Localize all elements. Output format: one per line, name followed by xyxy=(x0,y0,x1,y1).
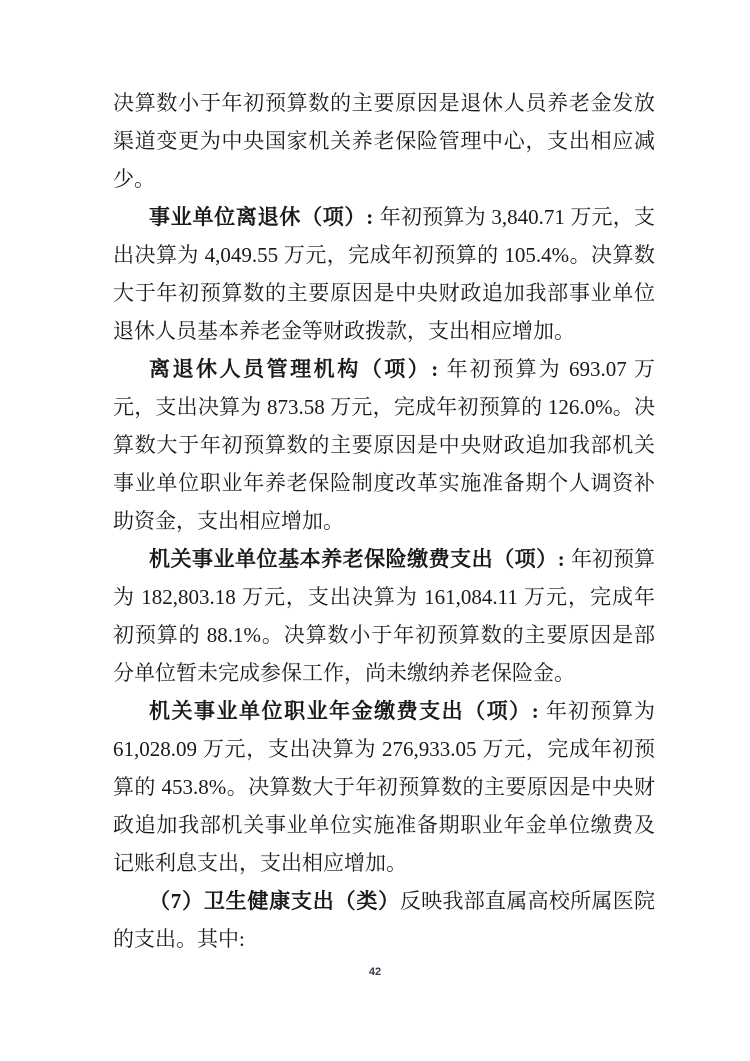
paragraph: 机关事业单位职业年金缴费支出（项）: 年初预算为 61,028.09 万元，支出… xyxy=(113,692,655,882)
heading-run: 机关事业单位基本养老保险缴费支出（项）: xyxy=(149,547,571,571)
paragraph: 事业单位离退休（项）: 年初预算为 3,840.71 万元，支出决算为 4,04… xyxy=(113,198,655,350)
document-page: 决算数小于年初预算数的主要原因是退休人员养老金发放渠道变更为中央国家机关养老保险… xyxy=(0,0,750,1061)
text-run: 年初预算为 61,028.09 万元，支出决算为 276,933.05 万元，完… xyxy=(113,699,655,875)
heading-run: 机关事业单位职业年金缴费支出（项）: xyxy=(149,699,546,723)
page-number: 42 xyxy=(0,966,750,978)
document-body: 决算数小于年初预算数的主要原因是退休人员养老金发放渠道变更为中央国家机关养老保险… xyxy=(113,84,655,958)
paragraph: 决算数小于年初预算数的主要原因是退休人员养老金发放渠道变更为中央国家机关养老保险… xyxy=(113,84,655,198)
paragraph: 离退休人员管理机构（项）: 年初预算为 693.07 万元，支出决算为 873.… xyxy=(113,350,655,540)
paragraph: （7）卫生健康支出（类）反映我部直属高校所属医院的支出。其中: xyxy=(113,882,655,958)
heading-run: 离退休人员管理机构（项）: xyxy=(149,357,447,381)
heading-run: （7）卫生健康支出（类） xyxy=(149,889,400,913)
paragraph: 机关事业单位基本养老保险缴费支出（项）: 年初预算为 182,803.18 万元… xyxy=(113,540,655,692)
text-run: 决算数小于年初预算数的主要原因是退休人员养老金发放渠道变更为中央国家机关养老保险… xyxy=(113,91,655,191)
heading-run: 事业单位离退休（项）: xyxy=(149,205,380,229)
text-run: 年初预算为 693.07 万元，支出决算为 873.58 万元，完成年初预算的 … xyxy=(113,357,655,533)
